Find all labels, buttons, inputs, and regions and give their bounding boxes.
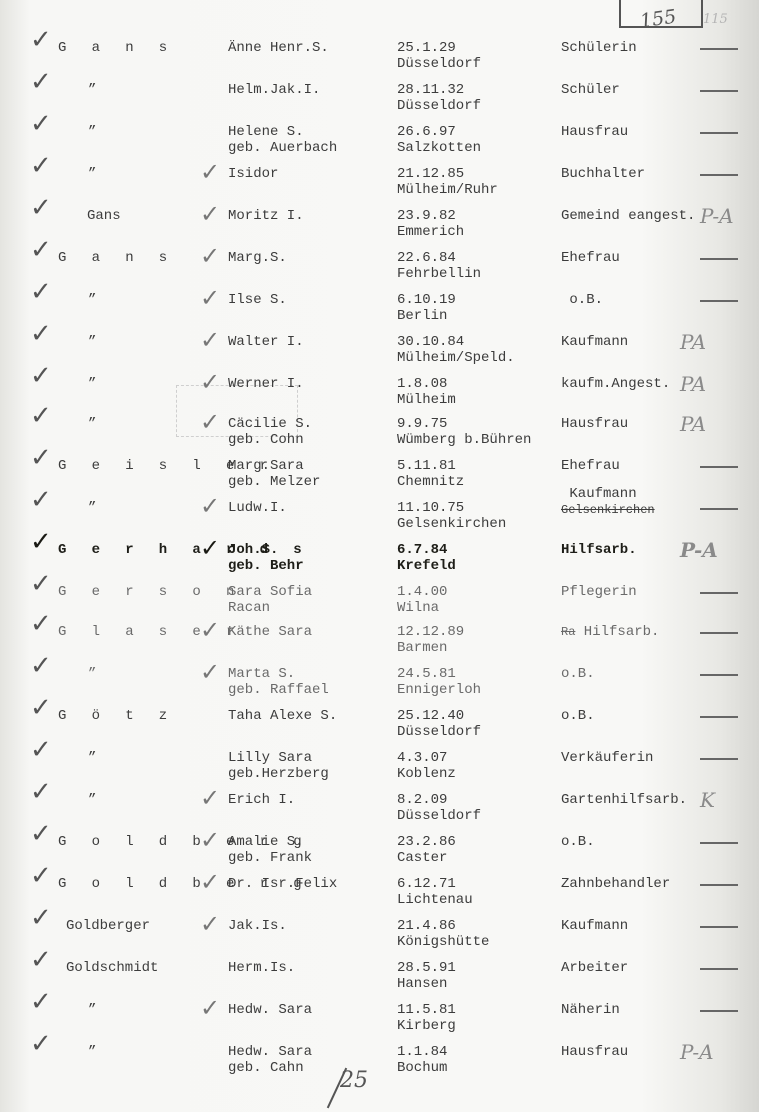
surname: ” — [88, 416, 96, 432]
dash-mark — [700, 632, 738, 634]
occupation: Ehefrau — [561, 250, 620, 266]
check-mark-icon: ✓ — [30, 572, 52, 596]
occupation: Kaufmann — [561, 918, 628, 934]
surname: ” — [88, 292, 96, 308]
register-entry: ✓ ” Lilly Sara geb.Herzberg 4.3.07 Koble… — [0, 750, 759, 792]
register-entry: ✓ ” ✓ Marta S. geb. Raffael 24.5.81 Enni… — [0, 666, 759, 708]
check-mark-icon: ✓ — [30, 612, 52, 636]
occupation: Buchhalter — [561, 166, 645, 182]
check-mark-icon: ✓ — [30, 28, 52, 52]
surname: G a n s — [58, 250, 176, 266]
check-mark-icon: ✓ — [200, 912, 222, 936]
occupation: Näherin — [561, 1002, 620, 1018]
surname: ” — [88, 666, 96, 682]
check-mark-icon: ✓ — [200, 828, 222, 852]
birth-date-place: 1.4.00 Wilna — [397, 584, 447, 616]
register-entry: ✓ G a n s Änne Henr.S. 25.1.29 Düsseldor… — [0, 40, 759, 82]
check-mark-icon: ✓ — [200, 370, 222, 394]
register-entry: ✓ ” Helene S. geb. Auerbach 26.6.97 Salz… — [0, 124, 759, 166]
dash-mark — [700, 884, 738, 886]
surname: Goldberger — [66, 918, 150, 934]
check-mark-icon: ✓ — [30, 822, 52, 846]
check-mark-icon: ✓ — [200, 786, 222, 810]
page-number: 155 — [639, 6, 678, 33]
occupation: Gemeind eangest. — [561, 208, 695, 224]
register-entry: ✓ ” Helm.Jak.I. 28.11.32 Düsseldorf Schü… — [0, 82, 759, 124]
check-mark-icon: ✓ — [200, 410, 222, 434]
dash-mark — [700, 90, 738, 92]
check-mark-icon: ✓ — [200, 494, 222, 518]
birth-date-place: 1.8.08 Mülheim — [397, 376, 456, 408]
given-name: Amalie S. geb. Frank — [228, 834, 312, 866]
birth-date-place: 26.6.97 Salzkotten — [397, 124, 481, 156]
surname: ” — [88, 1002, 96, 1018]
check-mark-icon: ✓ — [200, 996, 222, 1020]
occupation: Hausfrau — [561, 416, 628, 432]
given-name: Käthe Sara — [228, 624, 312, 640]
given-name: Jak.Is. — [228, 918, 287, 934]
birth-date-place: 21.12.85 Mülheim/Ruhr — [397, 166, 498, 198]
given-name: Taha Alexe S. — [228, 708, 337, 724]
given-name: Marg.S. — [228, 250, 287, 266]
occupation: Arbeiter — [561, 960, 628, 976]
document-page: 155 115 ✓ G a n s Änne Henr.S. 25.1.29 D… — [0, 0, 759, 1112]
occupation: Hausfrau — [561, 124, 628, 140]
check-mark-icon: ✓ — [30, 280, 52, 304]
occupation: Schülerin — [561, 40, 637, 56]
dash-mark — [700, 508, 738, 510]
occupation: Hausfrau — [561, 1044, 628, 1060]
register-entry: ✓ G o l d b e r g ✓ Dr. Isr.Felix 6.12.7… — [0, 876, 759, 918]
register-entry: ✓ Gans ✓ Moritz I. 23.9.82 Emmerich Geme… — [0, 208, 759, 250]
dash-mark — [700, 466, 738, 468]
birth-date-place: 6.7.84 Krefeld — [397, 542, 456, 574]
given-name: Marg.Sara geb. Melzer — [228, 458, 320, 490]
occupation: Hilfsarb. — [561, 542, 637, 558]
dash-mark — [700, 48, 738, 50]
check-mark-icon: ✓ — [30, 238, 52, 262]
given-name: Hedw. Sara — [228, 1002, 312, 1018]
surname: ” — [88, 82, 96, 98]
given-name: Werner I. — [228, 376, 304, 392]
given-name: Änne Henr.S. — [228, 40, 329, 56]
check-mark-icon: ✓ — [30, 196, 52, 220]
occupation: Kaufmann — [561, 334, 628, 350]
surname: ” — [88, 334, 96, 350]
birth-date-place: 25.1.29 Düsseldorf — [397, 40, 481, 72]
given-name: Walter I. — [228, 334, 304, 350]
register-entry: ✓ G e r h a r d s ✓ Joh.S. geb. Behr 6.7… — [0, 542, 759, 584]
occupation: Zahnbehandler — [561, 876, 670, 892]
birth-date-place: 30.10.84 Mülheim/Speld. — [397, 334, 515, 366]
birth-date-place: 4.3.07 Koblenz — [397, 750, 456, 782]
handwritten-mark: PA — [680, 330, 706, 354]
birth-date-place: 28.5.91 Hansen — [397, 960, 456, 992]
handwritten-mark: K — [700, 788, 715, 812]
check-mark-icon: ✓ — [200, 202, 222, 226]
occupation: Pflegerin — [561, 584, 637, 600]
occupation: Kaufmann Gelsenkirchen — [561, 486, 655, 518]
register-entry: ✓ G a n s ✓ Marg.S. 22.6.84 Fehrbellin E… — [0, 250, 759, 292]
given-name: Herm.Is. — [228, 960, 295, 976]
register-entry: ✓ ” ✓ Ilse S. 6.10.19 Berlin o.B. — [0, 292, 759, 334]
occupation: o.B. — [561, 292, 603, 308]
surname: ” — [88, 500, 96, 516]
check-mark-icon: ✓ — [30, 738, 52, 762]
occupation: o.B. — [561, 834, 595, 850]
check-mark-icon: ✓ — [30, 322, 52, 346]
check-mark-icon: ✓ — [30, 112, 52, 136]
register-entry: ✓ ” ✓ Erich I. 8.2.09 Düsseldorf Gartenh… — [0, 792, 759, 834]
handwritten-mark: PA — [680, 412, 706, 436]
birth-date-place: 8.2.09 Düsseldorf — [397, 792, 481, 824]
surname: G e r s o n — [58, 584, 243, 600]
check-mark-icon: ✓ — [200, 328, 222, 352]
check-mark-icon: ✓ — [200, 618, 222, 642]
given-name: Cäcilie S. geb. Cohn — [228, 416, 312, 448]
given-name: Hedw. Sara geb. Cahn — [228, 1044, 312, 1076]
occupation: Schüler — [561, 82, 620, 98]
check-mark-icon: ✓ — [200, 660, 222, 684]
occupation: Verkäuferin — [561, 750, 653, 766]
register-entry: ✓ ” Hedw. Sara geb. Cahn 1.1.84 Bochum H… — [0, 1044, 759, 1086]
dash-mark — [700, 842, 738, 844]
surname: ” — [88, 376, 96, 392]
dash-mark — [700, 132, 738, 134]
register-entry: ✓ G o l d b e r g ✓ Amalie S. geb. Frank… — [0, 834, 759, 876]
tally-mark: 25 — [340, 1068, 368, 1093]
birth-date-place: 28.11.32 Düsseldorf — [397, 82, 481, 114]
surname: ” — [88, 166, 96, 182]
register-entry: ✓ G ö t z Taha Alexe S. 25.12.40 Düsseld… — [0, 708, 759, 750]
surname: ” — [88, 124, 96, 140]
birth-date-place: 21.4.86 Königshütte — [397, 918, 489, 950]
handwritten-mark: P-A — [680, 1040, 714, 1064]
occupation: Ra Hilfsarb. — [561, 624, 659, 640]
dash-mark — [700, 592, 738, 594]
surname: G ö t z — [58, 708, 176, 724]
check-mark-icon: ✓ — [30, 70, 52, 94]
check-mark-icon: ✓ — [30, 404, 52, 428]
birth-date-place: 25.12.40 Düsseldorf — [397, 708, 481, 740]
occupation: o.B. — [561, 708, 595, 724]
register-entry: ✓ ” ✓ Hedw. Sara 11.5.81 Kirberg Näherin — [0, 1002, 759, 1044]
birth-date-place: 11.10.75 Gelsenkirchen — [397, 500, 506, 532]
dash-mark — [700, 1010, 738, 1012]
dash-mark — [700, 926, 738, 928]
dash-mark — [700, 968, 738, 970]
occupation: o.B. — [561, 666, 595, 682]
struck-occupation: Gelsenkirchen — [561, 503, 655, 517]
birth-date-place: 6.12.71 Lichtenau — [397, 876, 473, 908]
dash-mark — [700, 716, 738, 718]
birth-date-place: 9.9.75 Wümberg b.Bühren — [397, 416, 531, 448]
check-mark-icon: ✓ — [30, 1032, 52, 1056]
register-entry: ✓ ” ✓ Cäcilie S. geb. Cohn 9.9.75 Wümber… — [0, 416, 759, 458]
given-name: Dr. Isr.Felix — [228, 876, 337, 892]
birth-date-place: 23.9.82 Emmerich — [397, 208, 464, 240]
register-entry: ✓ Goldschmidt Herm.Is. 28.5.91 Hansen Ar… — [0, 960, 759, 1002]
surname: ” — [88, 792, 96, 808]
handwritten-mark: P-A — [680, 538, 718, 562]
birth-date-place: 11.5.81 Kirberg — [397, 1002, 456, 1034]
given-name: Sara Sofia Racan — [228, 584, 312, 616]
check-mark-icon: ✓ — [200, 536, 222, 560]
occupation: Ehefrau — [561, 458, 620, 474]
given-name: Lilly Sara geb.Herzberg — [228, 750, 329, 782]
birth-date-place: 23.2.86 Caster — [397, 834, 456, 866]
check-mark-icon: ✓ — [200, 244, 222, 268]
struck-occupation: Ra — [561, 625, 575, 639]
birth-date-place: 24.5.81 Ennigerloh — [397, 666, 481, 698]
check-mark-icon: ✓ — [30, 488, 52, 512]
handwritten-mark: PA — [680, 372, 706, 396]
surname: ” — [88, 750, 96, 766]
given-name: Helm.Jak.I. — [228, 82, 320, 98]
surname: G a n s — [58, 40, 176, 56]
check-mark-icon: ✓ — [30, 990, 52, 1014]
birth-date-place: 6.10.19 Berlin — [397, 292, 456, 324]
given-name: Moritz I. — [228, 208, 304, 224]
surname: Gans — [87, 208, 121, 224]
handwritten-mark: P-A — [700, 204, 734, 228]
check-mark-icon: ✓ — [30, 780, 52, 804]
register-entry: ✓ ” ✓ Walter I. 30.10.84 Mülheim/Speld. … — [0, 334, 759, 376]
check-mark-icon: ✓ — [30, 906, 52, 930]
birth-date-place: 22.6.84 Fehrbellin — [397, 250, 481, 282]
check-mark-icon: ✓ — [30, 530, 52, 554]
birth-date-place: 1.1.84 Bochum — [397, 1044, 447, 1076]
page-number-faint: 115 — [703, 12, 728, 27]
check-mark-icon: ✓ — [30, 696, 52, 720]
given-name: Ilse S. — [228, 292, 287, 308]
dash-mark — [700, 674, 738, 676]
check-mark-icon: ✓ — [200, 870, 222, 894]
given-name: Joh.S. geb. Behr — [228, 542, 304, 574]
check-mark-icon: ✓ — [200, 286, 222, 310]
register-entry: ✓ G l a s e r ✓ Käthe Sara 12.12.89 Barm… — [0, 624, 759, 666]
register-entry: ✓ Goldberger ✓ Jak.Is. 21.4.86 Königshüt… — [0, 918, 759, 960]
dash-mark — [700, 174, 738, 176]
register-entry: ✓ ” ✓ Ludw.I. 11.10.75 Gelsenkirchen Kau… — [0, 500, 759, 542]
check-mark-icon: ✓ — [30, 154, 52, 178]
surname: ” — [88, 1044, 96, 1060]
dash-mark — [700, 758, 738, 760]
register-entry: ✓ ” ✓ Isidor 21.12.85 Mülheim/Ruhr Buchh… — [0, 166, 759, 208]
dash-mark — [700, 300, 738, 302]
birth-date-place: 12.12.89 Barmen — [397, 624, 464, 656]
given-name: Isidor — [228, 166, 278, 182]
given-name: Erich I. — [228, 792, 295, 808]
check-mark-icon: ✓ — [30, 654, 52, 678]
check-mark-icon: ✓ — [200, 160, 222, 184]
occupation: kaufm.Angest. — [561, 376, 670, 392]
register-entry: ✓ ” ✓ Werner I. 1.8.08 Mülheim kaufm.Ang… — [0, 376, 759, 418]
register-entry: ✓ G e r s o n Sara Sofia Racan 1.4.00 Wi… — [0, 584, 759, 626]
check-mark-icon: ✓ — [30, 364, 52, 388]
given-name: Marta S. geb. Raffael — [228, 666, 329, 698]
birth-date-place: 5.11.81 Chemnitz — [397, 458, 464, 490]
given-name: Helene S. geb. Auerbach — [228, 124, 337, 156]
check-mark-icon: ✓ — [30, 446, 52, 470]
surname: Goldschmidt — [66, 960, 158, 976]
dash-mark — [700, 258, 738, 260]
check-mark-icon: ✓ — [30, 864, 52, 888]
given-name: Ludw.I. — [228, 500, 287, 516]
check-mark-icon: ✓ — [30, 948, 52, 972]
occupation: Gartenhilfsarb. — [561, 792, 687, 808]
